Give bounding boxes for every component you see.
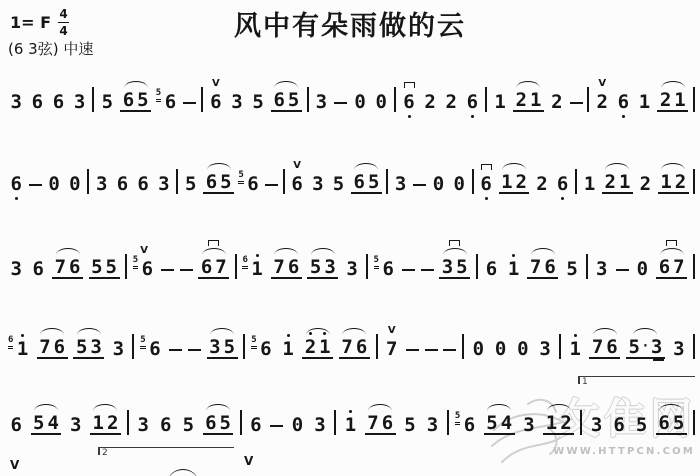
note: 3 [537, 337, 553, 359]
fraction-bar [58, 22, 69, 24]
note: 3 [8, 257, 24, 279]
note: 56 [238, 172, 261, 194]
slur-icon [661, 81, 685, 88]
note: 5·3 [626, 328, 665, 359]
time-numerator: 4 [59, 8, 67, 20]
note: 56 [374, 257, 397, 279]
sheet-page: 1= F 4 4 风中有朵雨做的云 (6 3弦) 中速 攵隹网 WWW.HTTP… [0, 0, 700, 476]
note: 65 [203, 163, 234, 194]
note: 1 [280, 337, 296, 359]
note: 54 [31, 404, 62, 435]
grace-note: 6 [242, 256, 247, 269]
note: 5 [402, 413, 418, 435]
up-bow-icon: V [140, 246, 148, 255]
note: V7 [383, 326, 399, 359]
note: 76 [339, 328, 370, 359]
rest-note: 0 [430, 172, 446, 194]
octave-dot-high [512, 254, 515, 257]
slur-icon [547, 404, 571, 411]
note: 3 [110, 337, 126, 359]
slur-icon [487, 404, 511, 411]
note: 5 [330, 172, 346, 194]
note: 3 [229, 90, 245, 112]
key-label: 1= F [10, 13, 51, 32]
slur-icon [93, 404, 117, 411]
note: 1 [567, 337, 583, 359]
note: 12 [543, 404, 574, 435]
note: 3 [67, 413, 83, 435]
octave-dot-low [622, 115, 625, 118]
note: 76 [589, 328, 620, 359]
rest-note: 0 [352, 90, 368, 112]
note: 2 [549, 90, 565, 112]
octave-dot-high [21, 334, 24, 337]
barline [485, 87, 487, 112]
barline [693, 169, 695, 194]
octave-dot-high [349, 410, 352, 413]
barline [127, 410, 129, 435]
note: 6 [114, 172, 130, 194]
duration-dash [443, 349, 456, 359]
note: 65 [351, 163, 382, 194]
note: 21 [302, 328, 333, 359]
score-line-5: 6543123656560317653565431236565 [8, 383, 695, 435]
up-bow-icon: V [212, 79, 220, 88]
volta-bracket-1: 1 [578, 376, 695, 377]
slur-icon [633, 328, 657, 335]
rest-note: 0 [46, 172, 62, 194]
note: 3 [392, 172, 408, 194]
duration-dash [161, 269, 174, 279]
slur-icon [502, 163, 526, 170]
barline [176, 169, 178, 194]
rest-note: 0 [67, 172, 83, 194]
barline [386, 169, 388, 194]
note: 21 [657, 81, 688, 112]
barline [586, 254, 588, 279]
note: 3 [588, 413, 604, 435]
barline [693, 334, 695, 359]
barline [476, 254, 478, 279]
grace-note: 5 [140, 336, 145, 349]
duration-dash [183, 102, 196, 112]
time-denominator: 4 [59, 25, 67, 37]
octave-dot-high [574, 334, 577, 337]
slur-icon [531, 248, 555, 255]
note: 65 [656, 404, 687, 435]
up-bow-icon: V [598, 79, 606, 88]
note: 6 [615, 90, 631, 112]
slur-icon [210, 328, 234, 335]
slur-icon [659, 404, 683, 411]
barline [693, 87, 695, 112]
note: 3 [8, 90, 24, 112]
slur-icon [368, 404, 392, 411]
note: 2 [534, 172, 550, 194]
key-signature: 1= F 4 4 [10, 8, 69, 37]
duration-dash [334, 102, 347, 112]
note: 6 [29, 90, 45, 112]
note: 12 [499, 163, 530, 194]
slur-icon [34, 404, 58, 411]
note: 61 [242, 257, 265, 279]
tuning-tempo-label: (6 3弦) 中速 [8, 38, 93, 59]
duration-dash [270, 425, 283, 435]
barline [693, 254, 695, 279]
note: 3 [344, 257, 360, 279]
note: V2 [594, 79, 610, 112]
grace-note: 6 [8, 336, 13, 349]
down-bow-icon [666, 240, 677, 246]
note: 3 [594, 257, 610, 279]
barline [243, 334, 245, 359]
barline [472, 169, 474, 194]
note: V6 [208, 79, 224, 112]
barline [366, 254, 368, 279]
barline [376, 334, 378, 359]
octave-dot-low [471, 115, 474, 118]
octave-dot-high [287, 334, 290, 337]
song-title: 风中有朵雨做的云 [234, 4, 466, 43]
note: 12 [658, 163, 689, 194]
duration-dash [413, 184, 426, 194]
score-line-3: 367655V566761765335635617653067 [8, 227, 695, 279]
note: 6 [554, 172, 570, 194]
barline [693, 410, 695, 435]
barline [201, 87, 203, 112]
down-bow-icon [404, 82, 415, 88]
note: 6 [135, 172, 151, 194]
octave-dot-low [408, 115, 411, 118]
rest-note: 0 [470, 337, 486, 359]
note: 76 [37, 328, 68, 359]
note: V56 [133, 246, 156, 279]
note: 76 [52, 248, 83, 279]
slur-icon [311, 248, 335, 255]
volta-bracket-2: 2 [98, 447, 234, 448]
note: 6 [248, 413, 264, 435]
note: 3 [424, 413, 440, 435]
note: 3 [71, 90, 87, 112]
note: 56 [455, 413, 478, 435]
note: 76 [271, 248, 302, 279]
note: 6 [50, 90, 66, 112]
note: 5 [99, 90, 115, 112]
rest-note: 0 [492, 337, 508, 359]
note: 56 [251, 337, 274, 359]
note: 61 [8, 337, 31, 359]
note: 5 [180, 413, 196, 435]
note: 55 [89, 255, 120, 279]
slur-icon [660, 248, 684, 255]
octave-dot-low [15, 197, 18, 200]
note: 6 [401, 82, 417, 112]
barline [587, 87, 589, 112]
note: 6 [483, 257, 499, 279]
note: 56 [140, 337, 163, 359]
barline [334, 410, 336, 435]
note: 3 [671, 337, 687, 359]
watermark-url: WWW.HTTPCN.COM [553, 446, 695, 457]
barline [559, 334, 561, 359]
note: 65 [271, 81, 302, 112]
barline [580, 410, 582, 435]
slur-icon [593, 328, 617, 335]
note: 5 [633, 413, 649, 435]
time-signature: 4 4 [58, 8, 69, 37]
score-line-1: 366356556V6356530062261212V26121 [8, 60, 695, 112]
note: 6 [8, 413, 24, 435]
note: 1 [342, 413, 358, 435]
down-bow-icon [449, 240, 460, 246]
volta-1-label: 1 [582, 377, 588, 387]
note: 5 [250, 90, 266, 112]
duration-dash [425, 349, 438, 359]
score-line-2: 600366356556V6356530061226121212 [8, 142, 695, 194]
note: 1 [492, 90, 508, 112]
note: 3 [313, 90, 329, 112]
slur-icon [207, 163, 231, 170]
duration-dash [265, 184, 278, 194]
duration-dash [406, 349, 419, 359]
score-line-4: 617653356355612176V700031765·33 [8, 307, 695, 359]
slur-icon [354, 163, 378, 170]
grace-note: 5 [251, 336, 256, 349]
note: 6 [464, 90, 480, 112]
up-bow-icon: V [293, 161, 301, 170]
barline [307, 87, 309, 112]
octave-dot-high [309, 332, 312, 335]
grace-note: 5 [133, 256, 138, 269]
note: 5 [183, 172, 199, 194]
slur-icon [56, 248, 80, 255]
barline [92, 87, 94, 112]
note: 65 [203, 404, 234, 435]
sixteenth-underline [653, 359, 664, 361]
note: 21 [602, 163, 633, 194]
note: 2 [637, 172, 653, 194]
note: 76 [527, 248, 558, 279]
barline [283, 169, 285, 194]
up-bow-icon: V [244, 454, 253, 468]
barline [132, 334, 134, 359]
note: 3 [156, 172, 172, 194]
note: 56 [156, 90, 179, 112]
volta-2-label: 2 [102, 448, 108, 458]
down-bow-icon [481, 164, 492, 170]
note: 65 [120, 81, 151, 112]
note: 6 [158, 413, 174, 435]
barline [394, 87, 396, 112]
note: 1 [636, 90, 652, 112]
rest-note: 0 [451, 172, 467, 194]
note: 3 [521, 413, 537, 435]
note: 3 [135, 413, 151, 435]
note: 21 [513, 81, 544, 112]
note: 76 [365, 404, 396, 435]
slur-icon [202, 248, 226, 255]
barline [235, 254, 237, 279]
up-bow-icon: V [10, 458, 19, 472]
rest-note: 0 [289, 413, 305, 435]
up-bow-icon: V [388, 326, 396, 335]
slur-icon [605, 163, 629, 170]
note: V6 [289, 161, 305, 194]
note: 2 [422, 90, 438, 112]
octave-dot-low [561, 197, 564, 200]
duration-dash [570, 102, 583, 112]
note: 53 [307, 248, 338, 279]
slur-icon [124, 81, 148, 88]
duration-dash [616, 269, 629, 279]
note: 1 [505, 257, 521, 279]
note: 67 [198, 240, 229, 279]
note: 6 [478, 164, 494, 194]
duration-dash [188, 349, 201, 359]
note: 67 [656, 240, 687, 279]
slur-icon [206, 404, 230, 411]
barline [125, 254, 127, 279]
grace-note: 5 [238, 171, 243, 184]
octave-dot-high [256, 254, 259, 257]
slur-icon [168, 469, 198, 476]
slur-icon [77, 328, 101, 335]
rest-note: 0 [634, 257, 650, 279]
barline [447, 410, 449, 435]
grace-note: 5 [156, 89, 161, 102]
note: 2 [443, 90, 459, 112]
slur-icon [443, 248, 467, 255]
rest-note: 0 [515, 337, 531, 359]
barline [575, 169, 577, 194]
note: 3 [312, 413, 328, 435]
grace-note: 5 [455, 412, 460, 425]
note: 35 [439, 240, 470, 279]
note: 5 [564, 257, 580, 279]
down-bow-icon [208, 240, 219, 246]
duration-dash [180, 269, 193, 279]
note: 3 [94, 172, 110, 194]
barline [240, 410, 242, 435]
slur-icon [274, 248, 298, 255]
octave-dot-low [485, 197, 488, 200]
slur-icon [342, 328, 366, 335]
slur-icon [274, 81, 298, 88]
barline [87, 169, 89, 194]
barline [462, 334, 464, 359]
slur-icon [40, 328, 64, 335]
duration-dash [29, 184, 42, 194]
note: 6 [8, 172, 24, 194]
note: 53 [73, 328, 104, 359]
duration-dash [169, 349, 182, 359]
grace-note: 5 [374, 256, 379, 269]
note: 54 [484, 404, 515, 435]
note: 12 [90, 404, 121, 435]
note: 1 [581, 172, 597, 194]
slur-icon [661, 163, 685, 170]
note: 3 [310, 172, 326, 194]
rest-note: 0 [373, 90, 389, 112]
slur-icon [516, 81, 540, 88]
note: 35 [207, 328, 238, 359]
duration-dash [421, 269, 434, 279]
note: 6 [611, 413, 627, 435]
duration-dash [402, 269, 415, 279]
note: 6 [30, 257, 46, 279]
